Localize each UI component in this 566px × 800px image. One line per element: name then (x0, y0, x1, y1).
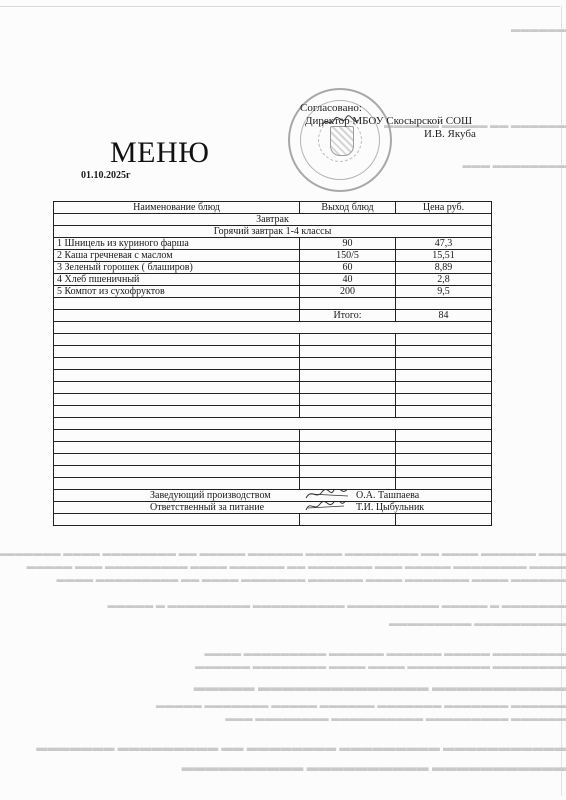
director-signature-icon (320, 114, 360, 130)
bleed-through-text: ▬▬▬▬▬▬ ▬▬ ▬▬▬▬▬ ▬▬▬▬▬▬ (0, 120, 566, 130)
table-row: 3 Зеленый горошек ( блаширов) 60 8,89 (54, 262, 492, 274)
bleed-through-text: ▬▬▬▬▬▬ ▬▬▬▬▬▬▬ ▬▬▬▬▬▬▬ ▬▬▬▬▬▬ ▬▬▬▬▬ ▬▬▬▬… (0, 700, 566, 710)
dish-yield: 60 (300, 262, 396, 274)
bleed-through-text: ▬▬▬▬▬▬▬▬▬▬▬ ▬▬▬▬▬▬▬▬▬▬▬▬▬▬ ▬▬▬▬▬ (0, 680, 566, 695)
dish-yield: 90 (300, 238, 396, 250)
table-row: 4 Хлеб пшеничный 40 2,8 (54, 274, 492, 286)
total-label: Итого: (300, 310, 396, 322)
table-header-row: Наименование блюд Выход блюд Цена руб. (54, 202, 492, 214)
bleed-through-text: ▬▬▬▬▬▬ ▬▬▬▬ ▬▬▬▬▬▬▬ ▬▬▬▬ ▬▬▬▬▬▬ ▬▬▬▬▬▬▬ … (0, 574, 566, 584)
dish-name: 2 Каша гречневая с маслом (54, 250, 300, 262)
empty-row (54, 334, 492, 346)
table-row: 5 Компот из сухофруктов 200 9,5 (54, 286, 492, 298)
bleed-through-text: ▬▬▬▬▬▬▬ ▬ ▬▬▬▬▬ ▬▬▬▬▬▬▬▬▬▬ ▬▬▬▬▬▬▬▬▬▬ ▬▬… (0, 600, 566, 610)
header-dish-name: Наименование блюд (54, 202, 300, 214)
dish-name: 5 Компот из сухофруктов (54, 286, 300, 298)
scan-edge (0, 6, 560, 7)
bleed-through-text: ▬▬▬▬▬▬▬▬ ▬▬▬▬▬▬▬▬▬ ▬▬▬▬ ▬▬▬▬ ▬▬▬▬▬▬▬▬ ▬▬… (0, 661, 566, 671)
header-price: Цена руб. (396, 202, 492, 214)
bleed-through-text: ▬▬▬▬▬▬▬▬▬▬ ▬▬▬▬▬▬▬▬▬ (0, 618, 566, 628)
empty-row (54, 406, 492, 418)
signatory-name: Т.И. Цыбульник (354, 502, 426, 513)
empty-row (54, 346, 492, 358)
section-label: Горячий завтрак 1-4 классы (54, 226, 492, 238)
empty-row (54, 370, 492, 382)
dish-price: 15,51 (396, 250, 492, 262)
empty-row (54, 358, 492, 370)
page-title: МЕНЮ (110, 136, 210, 170)
dish-name: 3 Зеленый горошек ( блаширов) (54, 262, 300, 274)
header-yield: Выход блюд (300, 202, 396, 214)
bleed-through-text: ▬▬▬▬ ▬▬▬▬▬▬▬▬ ▬▬▬▬▬ ▬▬▬ ▬▬▬▬▬▬▬ ▬▬ ▬▬▬▬▬… (0, 561, 566, 571)
dish-price: 2,8 (396, 274, 492, 286)
dish-yield: 150/5 (300, 250, 396, 262)
bleed-through-text: ▬▬▬▬▬▬ (0, 24, 566, 34)
bleed-through-text: ▬▬▬▬▬▬▬▬ ▬▬▬▬▬ ▬▬▬▬▬▬ ▬▬▬▬▬▬ ▬▬▬▬▬▬▬▬▬ ▬… (0, 648, 566, 658)
dish-price: 8,89 (396, 262, 492, 274)
meal-label: Завтрак (54, 214, 492, 226)
table-row: 2 Каша гречневая с маслом 150/5 15,51 (54, 250, 492, 262)
bleed-through-text: ▬▬▬▬▬▬ ▬▬▬▬▬▬▬▬▬ ▬▬▬▬▬▬▬▬▬▬ ▬▬▬▬▬▬▬▬ ▬▬▬ (0, 713, 566, 723)
dish-yield: 40 (300, 274, 396, 286)
bleed-through-text: ▬▬▬▬▬▬▬▬ ▬▬▬ (0, 160, 566, 170)
empty-row (54, 478, 492, 490)
table-row: 1 Шницель из куриного фарша 90 47,3 (54, 238, 492, 250)
empty-row (54, 394, 492, 406)
bleed-through-text: ▬▬▬ ▬▬▬▬▬▬ ▬▬▬▬ ▬▬ ▬▬▬▬▬▬▬▬ ▬▬▬▬ ▬▬▬▬▬▬ … (0, 548, 566, 558)
dish-price: 9,5 (396, 286, 492, 298)
section-row: Горячий завтрак 1-4 классы (54, 226, 492, 238)
dish-yield: 200 (300, 286, 396, 298)
empty-row (54, 454, 492, 466)
empty-row (54, 418, 492, 430)
dish-price: 47,3 (396, 238, 492, 250)
menu-date: 01.10.2025г (81, 170, 131, 181)
signature-icon (304, 502, 354, 514)
meal-row: Завтрак (54, 214, 492, 226)
empty-row (54, 298, 492, 310)
signature-row: Заведующий производством О.А. Ташпаева (54, 490, 492, 502)
empty-row (54, 514, 492, 526)
empty-row (54, 442, 492, 454)
empty-row (54, 382, 492, 394)
empty-row (54, 322, 492, 334)
dish-name: 1 Шницель из куриного фарша (54, 238, 300, 250)
bleed-through-text: ▬▬▬▬▬▬▬▬▬▬▬ ▬▬▬▬▬▬▬▬▬▬ ▬▬▬▬▬▬▬▬▬▬ (0, 760, 566, 775)
signature-row: Ответственный за питание Т.И. Цыбульник (54, 502, 492, 514)
menu-table: Наименование блюд Выход блюд Цена руб. З… (53, 201, 492, 526)
dish-name: 4 Хлеб пшеничный (54, 274, 300, 286)
bleed-through-text: ▬▬▬▬▬▬▬▬▬▬▬ ▬▬▬▬▬▬▬▬▬ ▬▬▬▬▬▬▬▬ ▬▬ ▬▬▬▬▬▬… (0, 742, 566, 754)
signature-role: Ответственный за питание (150, 502, 264, 513)
empty-row (54, 430, 492, 442)
signature-icon (304, 490, 354, 502)
signatory-name: О.А. Ташпаева (354, 490, 421, 501)
total-row: Итого: 84 (54, 310, 492, 322)
total-value: 84 (396, 310, 492, 322)
scanned-page: ▬▬▬ ▬▬▬▬▬▬ ▬▬▬▬ ▬▬ ▬▬▬▬▬▬▬▬ ▬▬▬▬ ▬▬▬▬▬▬ … (0, 0, 566, 800)
empty-row (54, 466, 492, 478)
signature-role: Заведующий производством (150, 490, 271, 501)
